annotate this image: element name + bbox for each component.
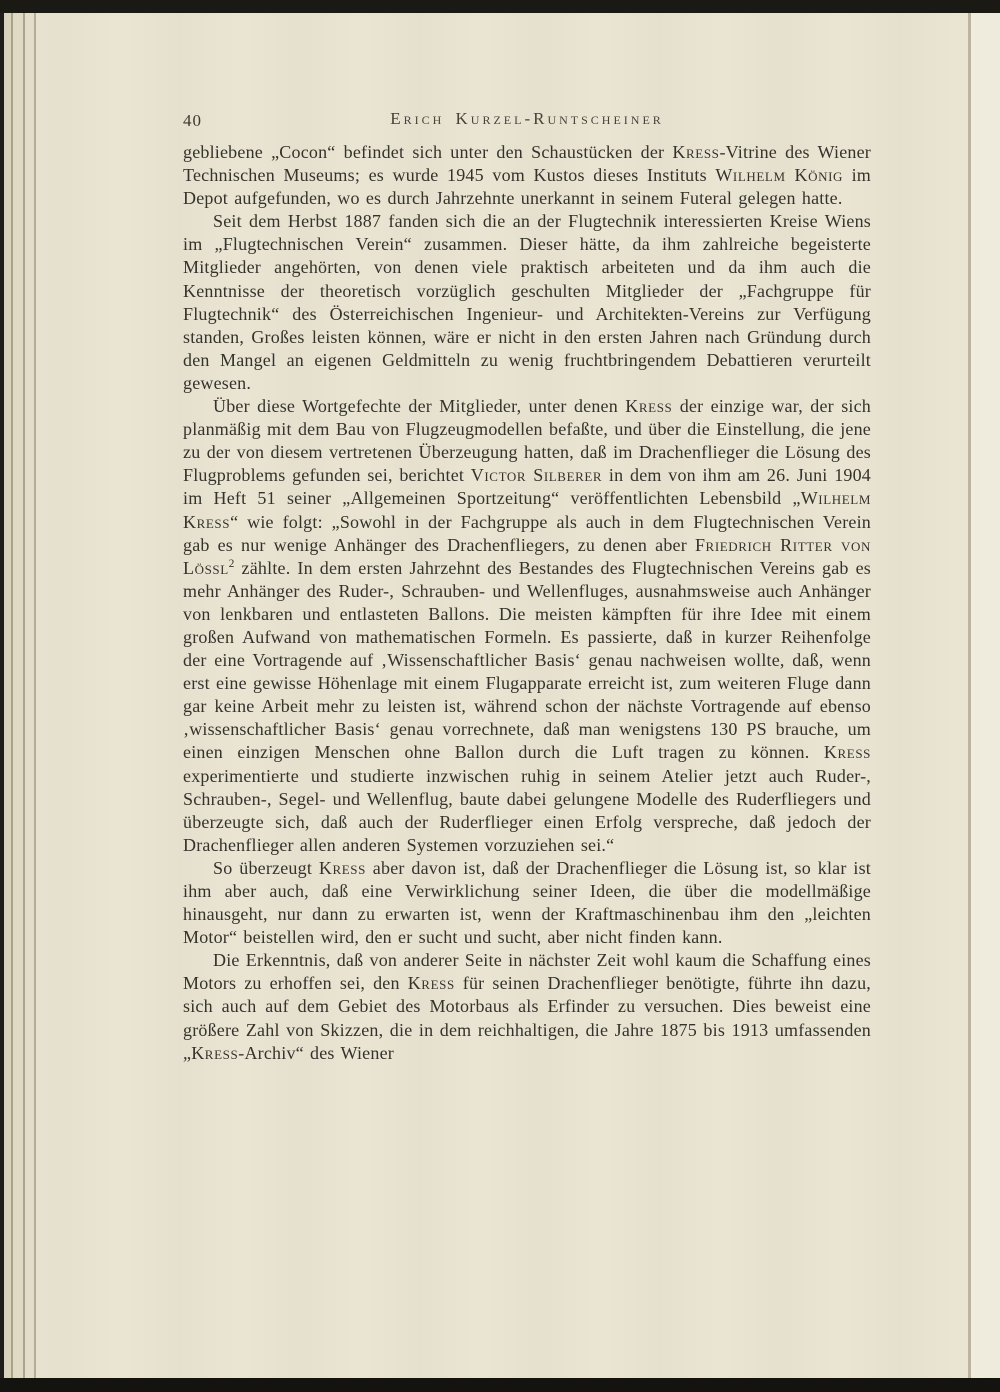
text-segment: Wilhelm König xyxy=(715,165,843,185)
text-segment: So überzeugt xyxy=(213,858,319,878)
text-segment: Victor Silberer xyxy=(471,465,602,485)
text-segment: Kress xyxy=(191,1043,238,1063)
text-segment: zählte. In dem ersten Jahrzehnt des Best… xyxy=(183,558,871,763)
text-segment: -Archiv“ des Wiener xyxy=(238,1043,394,1063)
running-header: Erich Kurzel-Runtscheiner xyxy=(183,109,871,129)
paragraph: Über diese Wortgefechte der Mitglieder, … xyxy=(183,395,871,857)
scan-dark-edge-bottom xyxy=(0,1378,1000,1392)
paragraph: Seit dem Herbst 1887 fanden sich die an … xyxy=(183,210,871,395)
paragraph: So überzeugt Kress aber davon ist, daß d… xyxy=(183,857,871,949)
text-segment: Seit dem Herbst 1887 fanden sich die an … xyxy=(183,211,871,393)
page-number: 40 xyxy=(183,111,202,131)
paragraph: gebliebene „Cocon“ befindet sich unter d… xyxy=(183,141,871,210)
text-segment: gebliebene „Cocon“ befindet sich unter d… xyxy=(183,142,672,162)
page-header: 40 Erich Kurzel-Runtscheiner xyxy=(183,109,871,133)
paragraph: Die Erkenntnis, daß von anderer Seite in… xyxy=(183,949,871,1064)
text-segment: Kress xyxy=(824,742,871,762)
scanned-book-page: 40 Erich Kurzel-Runtscheiner gebliebene … xyxy=(0,0,1000,1392)
scan-dark-edge-top xyxy=(0,0,1000,13)
text-segment: Kress xyxy=(672,142,719,162)
text-segment: Kress xyxy=(625,396,672,416)
text-segment: Kress xyxy=(408,973,455,993)
text-block: gebliebene „Cocon“ befindet sich unter d… xyxy=(183,141,871,1065)
text-segment: Kress xyxy=(319,858,366,878)
text-segment: experimentierte und studierte inzwischen… xyxy=(183,766,871,855)
text-segment: Über diese Wortgefechte der Mitglieder, … xyxy=(213,396,625,416)
